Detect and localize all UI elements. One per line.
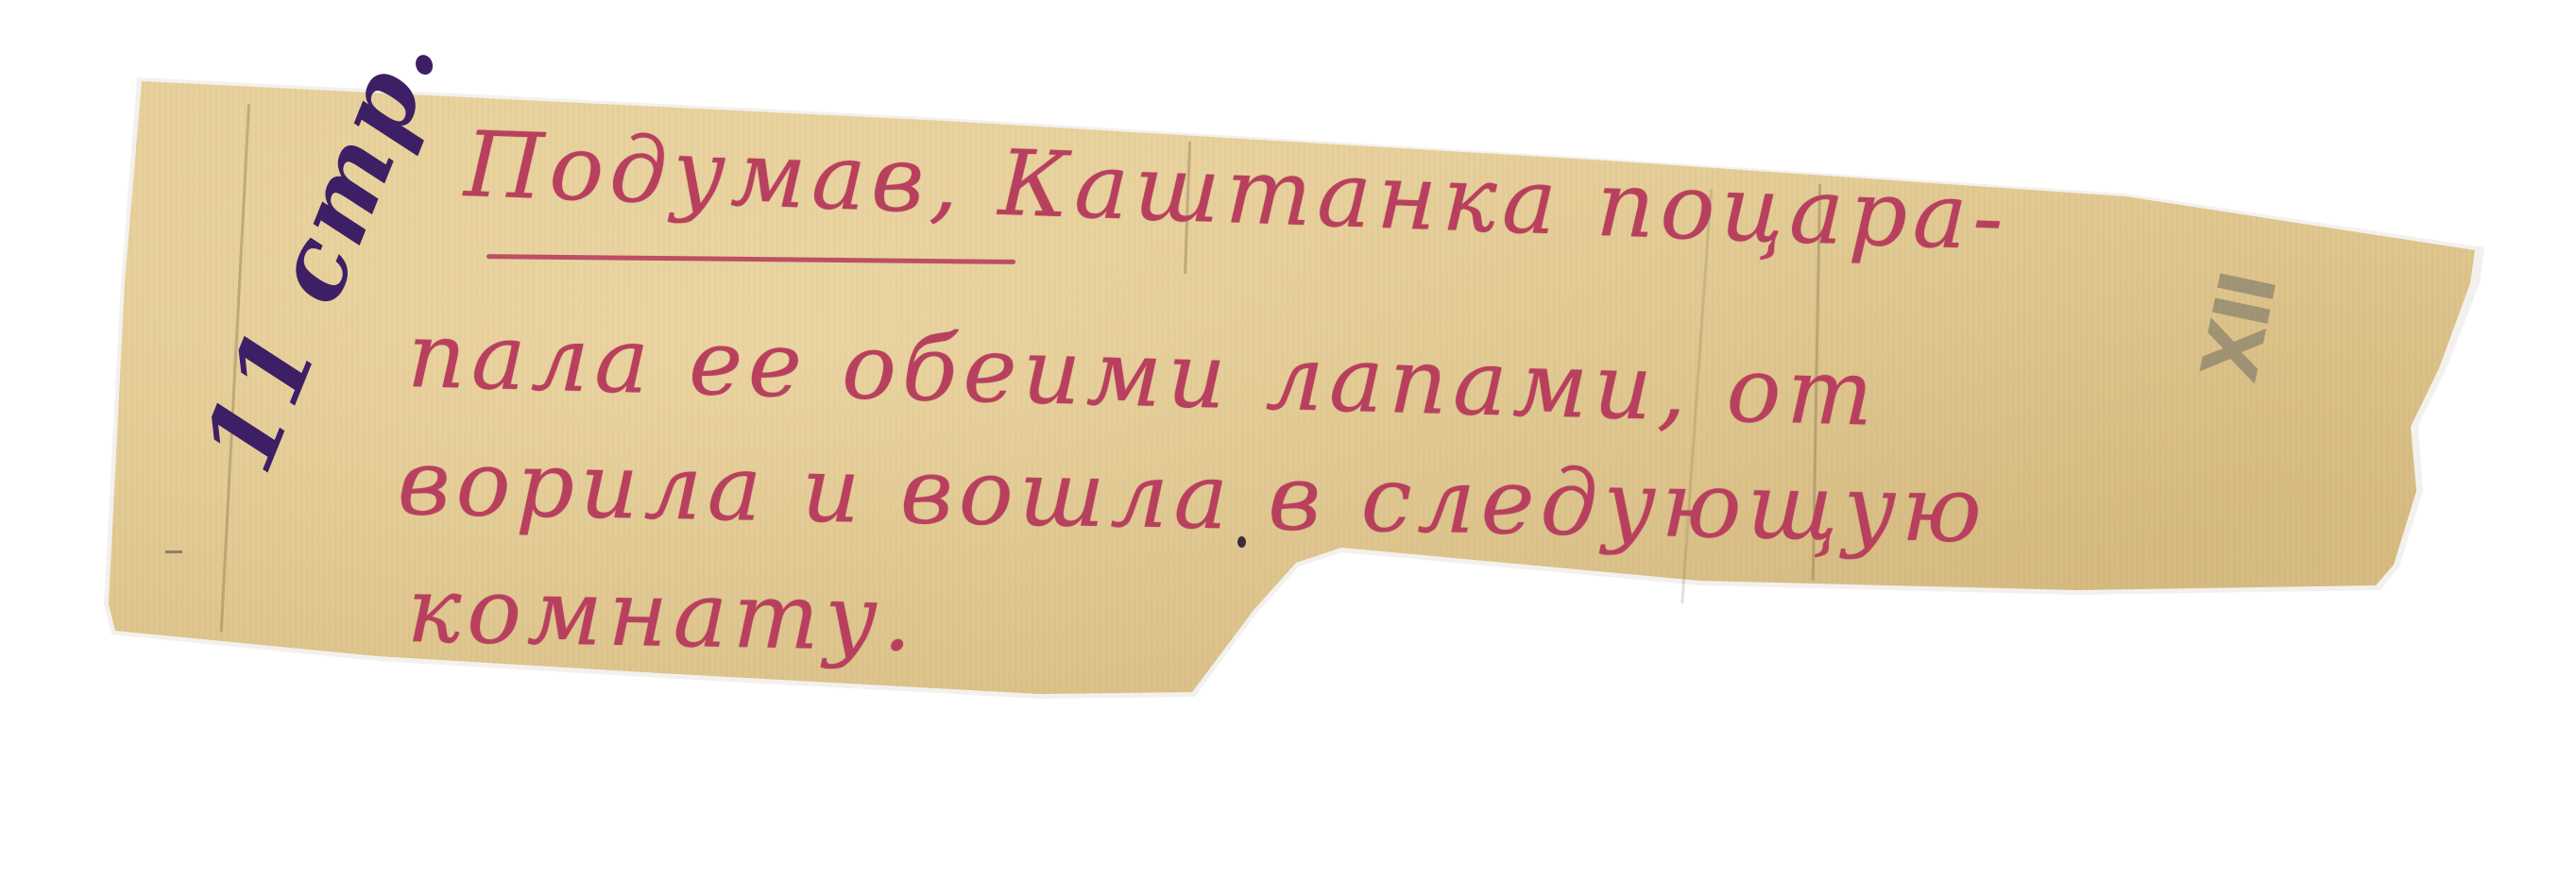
stray-pencil-dash	[165, 550, 182, 553]
ink-blot	[1237, 536, 1246, 548]
handwritten-line-4: комнату.	[406, 557, 918, 671]
